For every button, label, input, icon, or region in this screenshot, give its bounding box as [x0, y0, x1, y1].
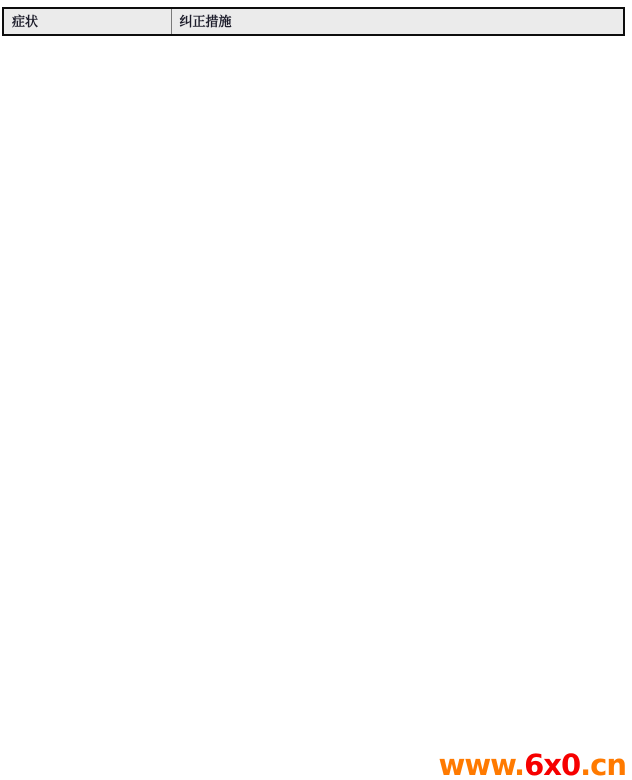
watermark-segment: .cn [580, 748, 626, 780]
watermark-url: www.6x0.cn [439, 750, 626, 780]
watermark-segment: www. [439, 748, 525, 780]
watermark-segment: 6x0 [524, 748, 580, 780]
column-header-corrective-action: 纠正措施 [171, 8, 624, 35]
troubleshooting-table: 症状 纠正措施 [2, 7, 625, 36]
document-page: 症状 纠正措施 www.6x0.cn [0, 0, 632, 780]
column-header-symptom: 症状 [3, 8, 171, 35]
header-row: 症状 纠正措施 [3, 8, 624, 35]
